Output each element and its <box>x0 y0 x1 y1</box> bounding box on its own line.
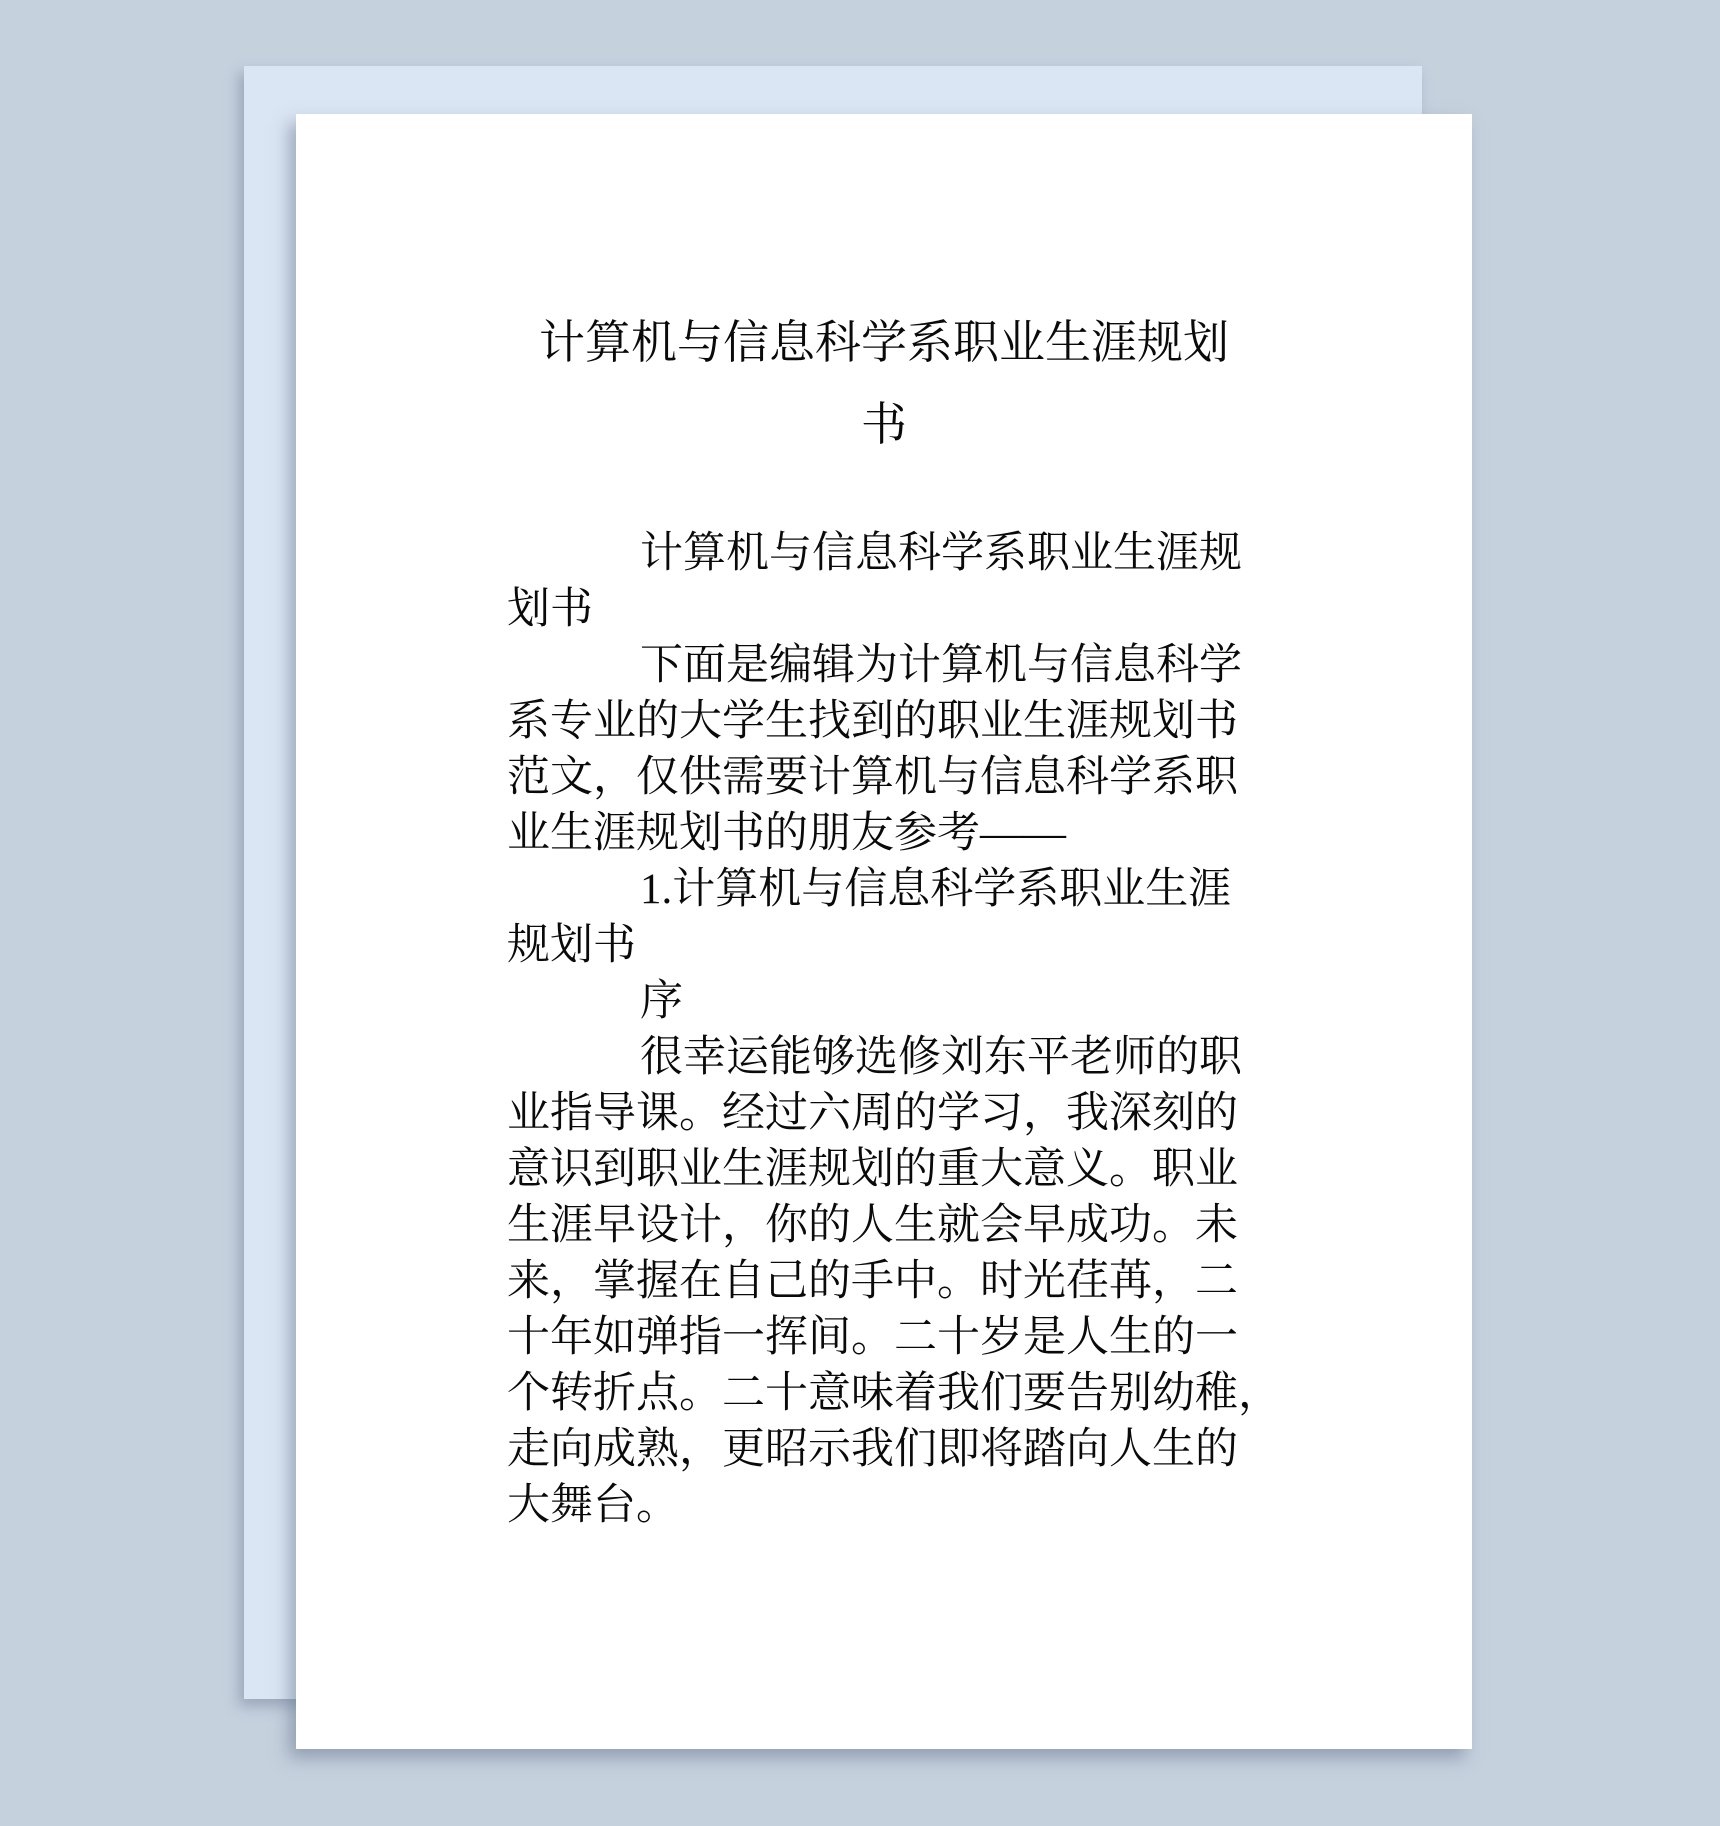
body-line: 很幸运能够选修刘东平老师的职 <box>507 1030 1332 1086</box>
body-line: 1.计算机与信息科学系职业生涯 <box>507 862 1332 918</box>
title-line-1: 计算机与信息科学系职业生涯规划 <box>296 302 1472 384</box>
body-line: 来，掌握在自己的手中。时光荏苒，二 <box>507 1254 1332 1310</box>
body-line: 业生涯规划书的朋友参考—— <box>507 806 1332 862</box>
body-line: 下面是编辑为计算机与信息科学 <box>507 638 1332 694</box>
body-line: 划书 <box>507 582 1332 638</box>
document-title: 计算机与信息科学系职业生涯规划 书 <box>296 302 1472 466</box>
body-line: 范文，仅供需要计算机与信息科学系职 <box>507 750 1332 806</box>
canvas-background: 计算机与信息科学系职业生涯规划 书 计算机与信息科学系职业生涯规 划书 下面是编… <box>0 0 1720 1826</box>
body-line: 序 <box>507 974 1332 1030</box>
body-line: 计算机与信息科学系职业生涯规 <box>507 526 1332 582</box>
body-line: 十年如弹指一挥间。二十岁是人生的一 <box>507 1310 1332 1366</box>
body-line: 意识到职业生涯规划的重大意义。职业 <box>507 1142 1332 1198</box>
body-line: 大舞台。 <box>507 1478 1332 1534</box>
document-page: 计算机与信息科学系职业生涯规划 书 计算机与信息科学系职业生涯规 划书 下面是编… <box>296 114 1472 1749</box>
body-line: 走向成熟，更昭示我们即将踏向人生的 <box>507 1422 1332 1478</box>
title-line-2: 书 <box>296 384 1472 466</box>
document-body: 计算机与信息科学系职业生涯规 划书 下面是编辑为计算机与信息科学 系专业的大学生… <box>296 526 1472 1534</box>
body-line: 规划书 <box>507 918 1332 974</box>
body-line: 业指导课。经过六周的学习，我深刻的 <box>507 1086 1332 1142</box>
body-line: 个转折点。二十意味着我们要告别幼稚， <box>507 1366 1332 1422</box>
body-line: 生涯早设计，你的人生就会早成功。未 <box>507 1198 1332 1254</box>
body-line: 系专业的大学生找到的职业生涯规划书 <box>507 694 1332 750</box>
